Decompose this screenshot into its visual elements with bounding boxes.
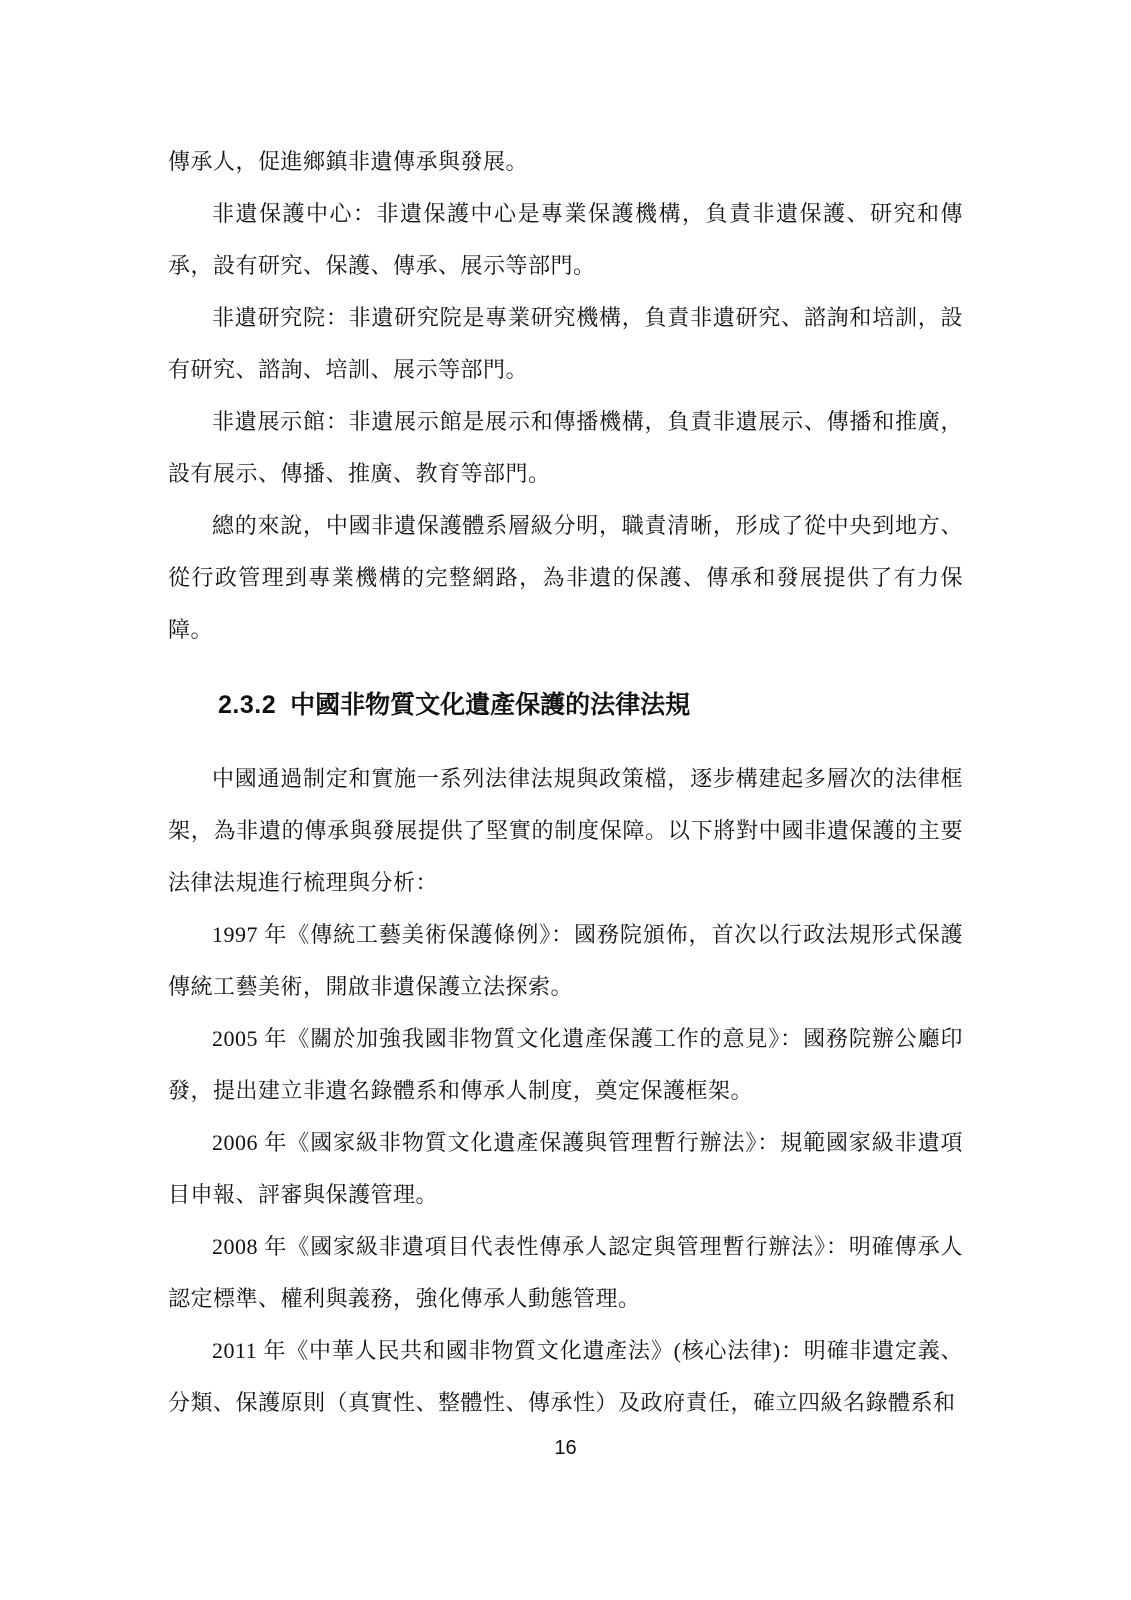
paragraph: 非遺研究院：非遺研究院是專業研究機構，負責非遺研究、諮詢和培訓，設有研究、諮詢、… (168, 292, 963, 396)
paragraph: 總的來說，中國非遺保護體系層級分明，職責清晰，形成了從中央到地方、從行政管理到專… (168, 500, 963, 656)
paragraph: 中國通過制定和實施一系列法律法規與政策檔，逐步構建起多層次的法律框架，為非遺的傳… (168, 753, 963, 909)
heading-number: 2.3.2 (218, 691, 276, 719)
section-heading: 2.3.2中國非物質文化遺產保護的法律法規 (168, 682, 963, 729)
page-content: 傳承人，促進鄉鎮非遺傳承與發展。非遺保護中心：非遺保護中心是專業保護機構，負責非… (168, 136, 963, 1429)
document-page: 傳承人，促進鄉鎮非遺傳承與發展。非遺保護中心：非遺保護中心是專業保護機構，負責非… (0, 0, 1131, 1600)
paragraph: 非遺展示館：非遺展示館是展示和傳播機構，負責非遺展示、傳播和推廣，設有展示、傳播… (168, 396, 963, 500)
paragraph: 2006 年《國家級非物質文化遺產保護與管理暫行辦法》：規範國家級非遺項目申報、… (168, 1117, 963, 1221)
heading-title: 中國非物質文化遺產保護的法律法規 (290, 692, 690, 719)
paragraph: 非遺保護中心：非遺保護中心是專業保護機構，負責非遺保護、研究和傳承，設有研究、保… (168, 188, 963, 292)
paragraph: 2008 年《國家級非遺項目代表性傳承人認定與管理暫行辦法》：明確傳承人認定標準… (168, 1221, 963, 1325)
paragraph: 2011 年《中華人民共和國非物質文化遺產法》(核心法律)：明確非遺定義、分類、… (168, 1325, 963, 1429)
paragraph: 1997 年《傳統工藝美術保護條例》：國務院頒佈，首次以行政法規形式保護傳統工藝… (168, 909, 963, 1013)
paragraph: 傳承人，促進鄉鎮非遺傳承與發展。 (168, 136, 963, 188)
paragraph: 2005 年《關於加強我國非物質文化遺產保護工作的意見》：國務院辦公廳印發，提出… (168, 1013, 963, 1117)
page-number: 16 (554, 1437, 576, 1459)
page-footer: 16 (0, 1437, 1131, 1460)
